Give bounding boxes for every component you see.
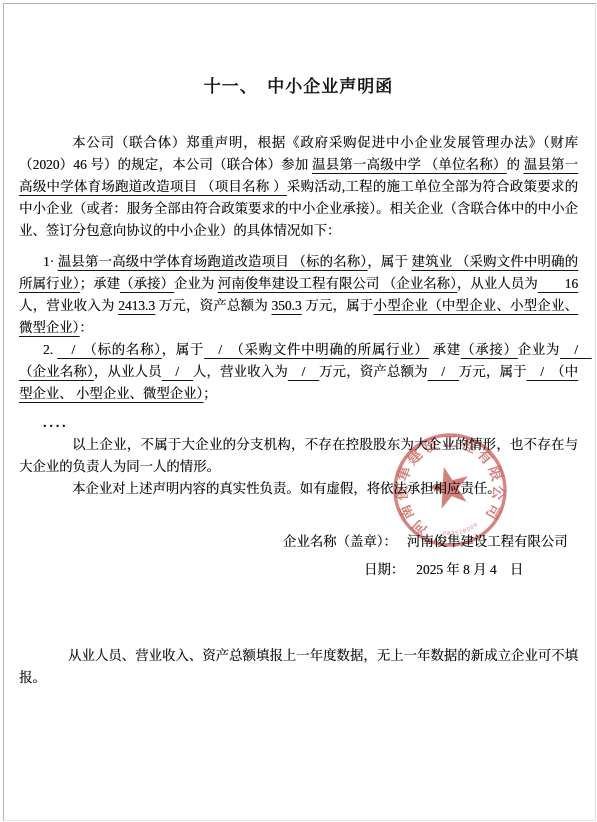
- fill-in-unit-name: 温县第一高级中学 （单位名称）: [312, 157, 506, 172]
- blank-undertake: （承接）: [461, 342, 518, 357]
- paragraph-item-2: 2. / （标的名称），属于 / （采购文件中明确的所属行业） 承建（承接）企业…: [19, 339, 578, 405]
- fill-in-revenue: 2413.3: [118, 298, 155, 313]
- seal-star-icon: [424, 461, 475, 510]
- fill-in-employees: 16: [538, 276, 578, 291]
- document-title: 十一、 中小企业声明函: [19, 0, 578, 98]
- blank-employees: /: [162, 364, 193, 379]
- fill-in-target-name: 温县第一高级中学体育场跑道改造项目 （标的名称）: [58, 254, 367, 269]
- signature-label: 企业名称（盖章）：: [283, 534, 397, 549]
- document-content: 十一、 中小企业声明函 本公司（联合体）郑重声明，根据《政府采购促进中小企业发展…: [0, 0, 597, 689]
- paragraph-intro: 本公司（联合体）郑重声明，根据《政府采购促进中小企业发展管理办法》（财库（202…: [19, 132, 578, 242]
- fill-in-undertake: （承接）: [120, 276, 174, 291]
- blank-assets: /: [428, 364, 459, 379]
- paragraph-item-1: 1· 温县第一高级中学体育场跑道改造项目 （标的名称），属于 建筑业 （采购文件…: [19, 251, 578, 339]
- fill-in-company-name: 河南俊隼建设工程有限公司 （企业名称）: [218, 276, 457, 291]
- date-value: 2025 年 8 月 4 日: [416, 562, 523, 577]
- fill-in-assets: 350.3: [271, 298, 301, 313]
- date-line: 日期：2025 年 8 月 4 日: [364, 559, 578, 581]
- blank-industry: / （采购文件中明确的所属行业）: [204, 342, 428, 357]
- date-label: 日期：: [364, 562, 404, 577]
- blank-target-name: / （标的名称）: [57, 342, 161, 357]
- item-2-number: 2.: [43, 342, 57, 357]
- item-1-number: 1·: [43, 254, 58, 269]
- document-page: 十一、 中小企业声明函 本公司（联合体）郑重声明，根据《政府采购促进中小企业发展…: [0, 0, 597, 822]
- footnote: 从业人员、营业收入、资产总额填报上一年度数据，无上一年数据的新成立企业可不填报。: [19, 645, 578, 689]
- blank-revenue: /: [288, 364, 319, 379]
